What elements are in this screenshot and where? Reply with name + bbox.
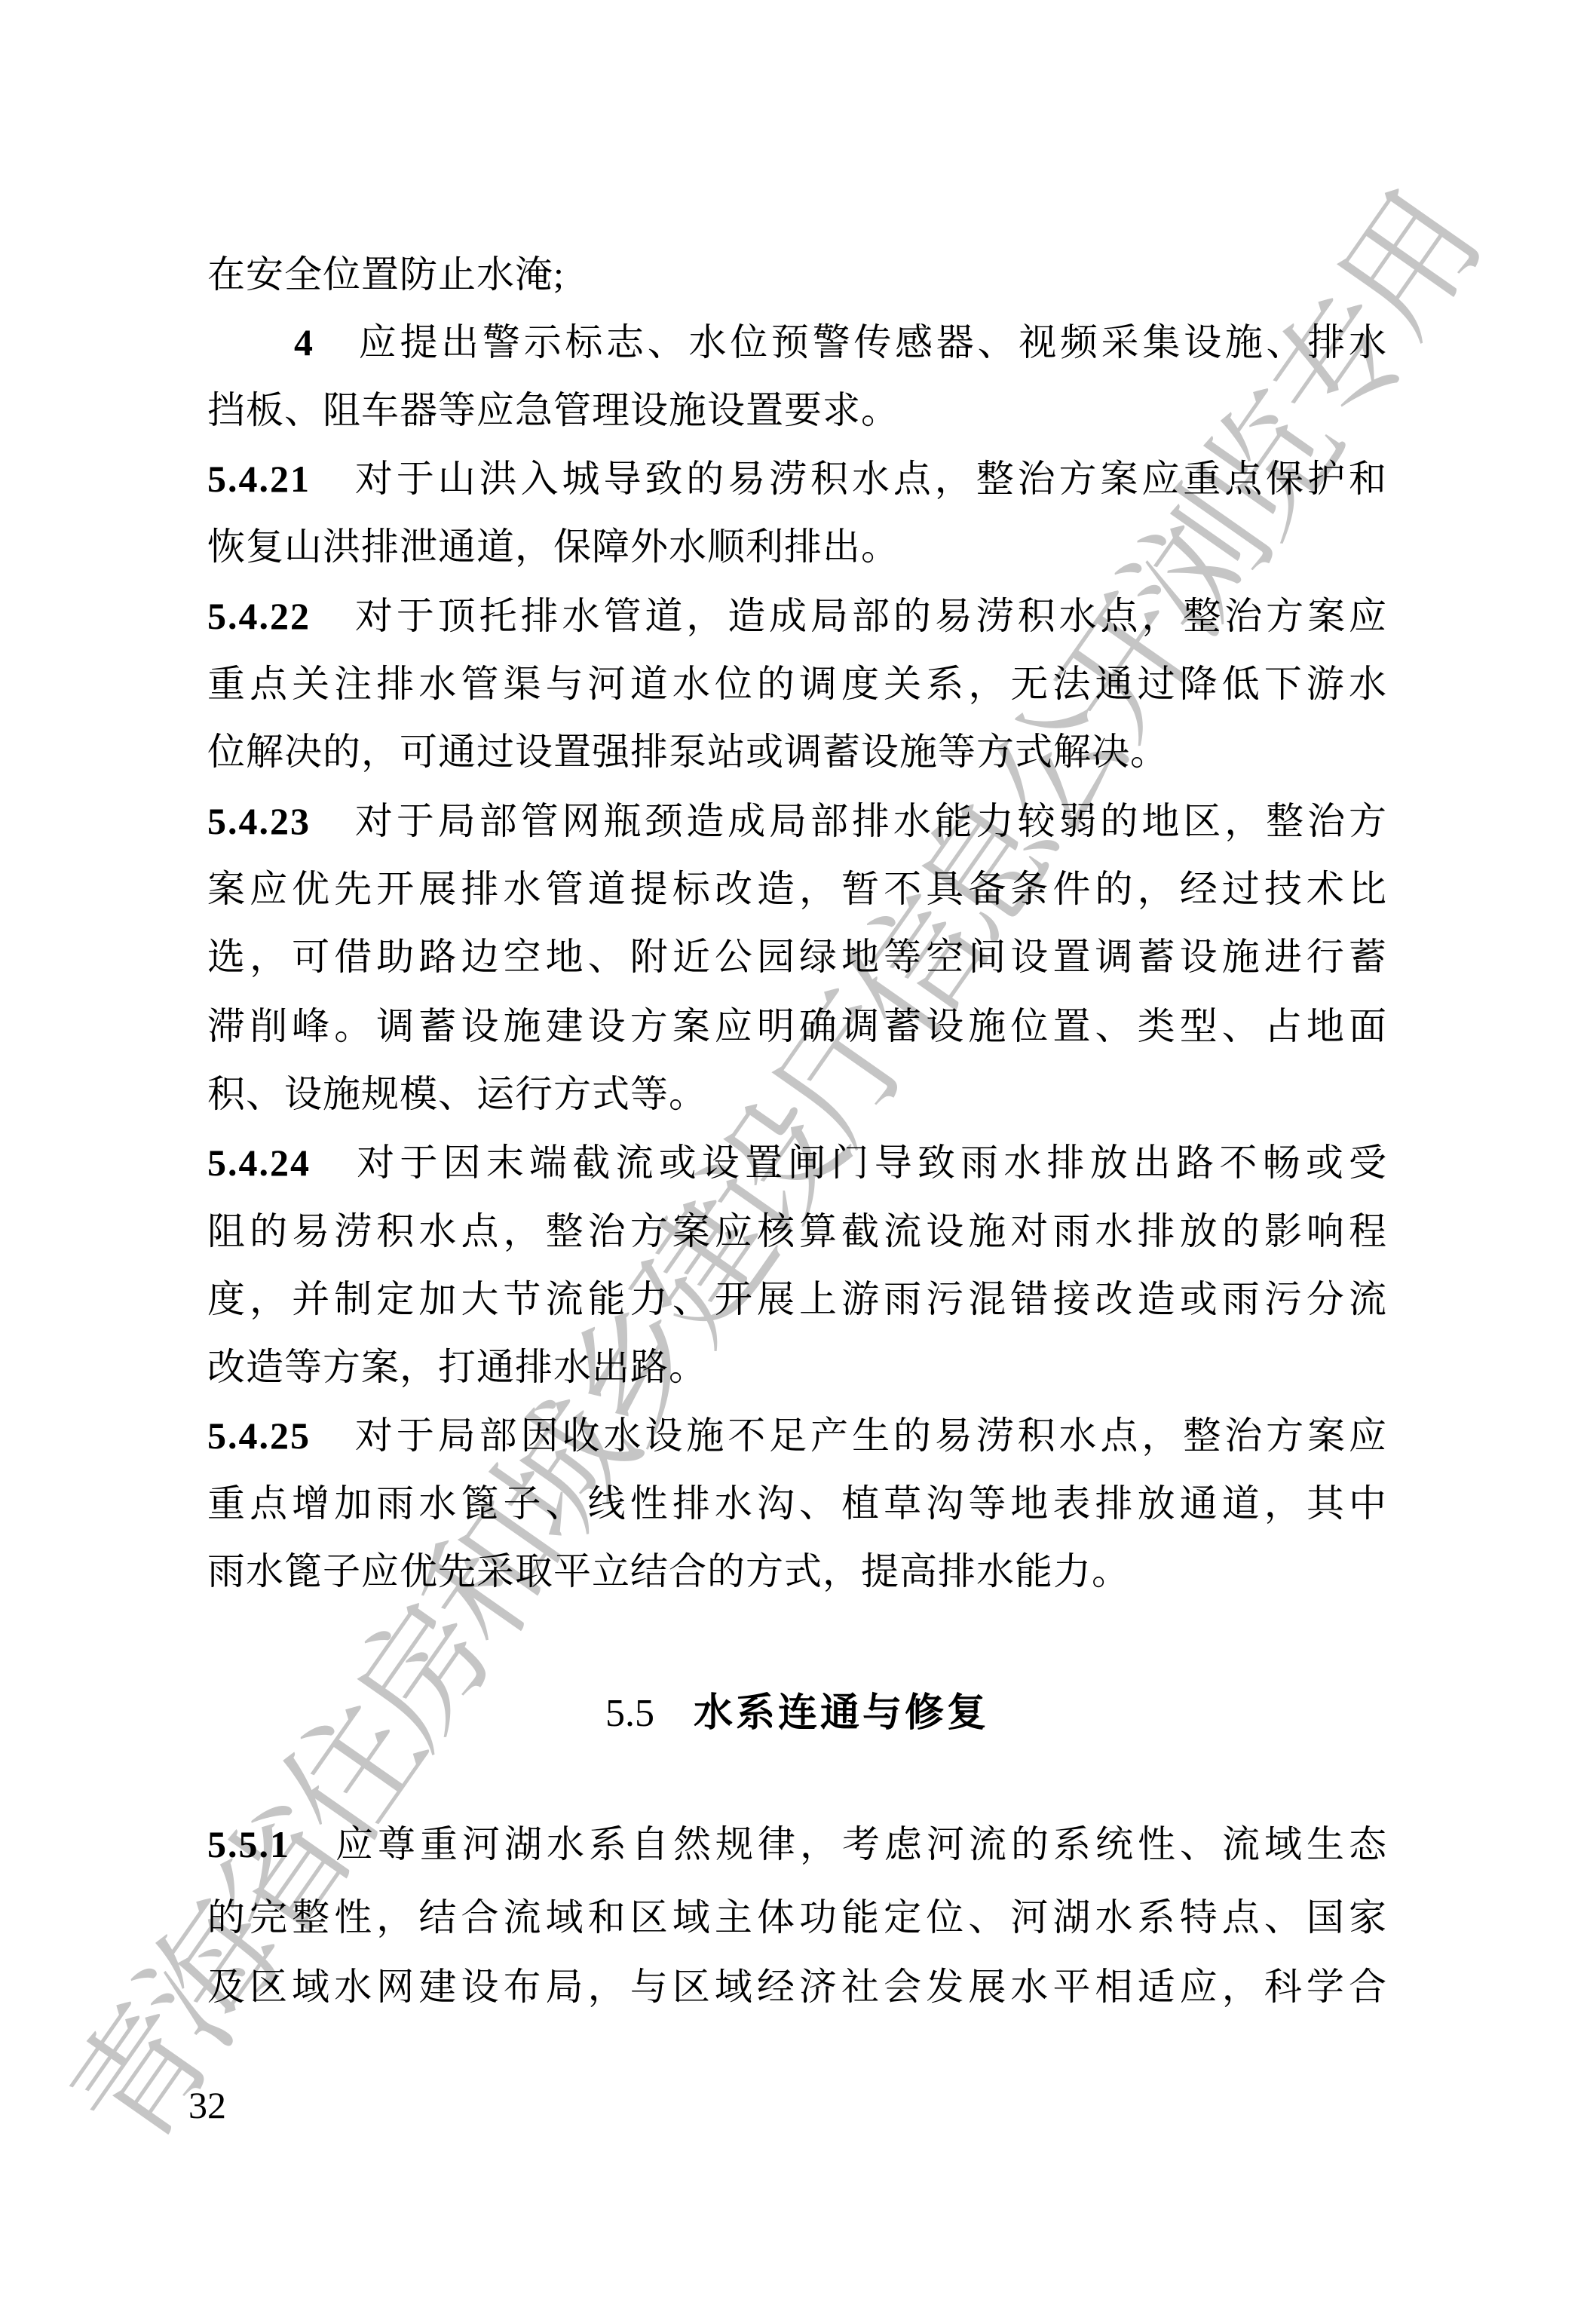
body-line: 重点增加雨水篦子、线性排水沟、植草沟等地表排放通道，其中 [207, 1480, 1387, 1527]
line-text: 应尊重河湖水系自然规律，考虑河流的系统性、流域生态 [332, 1823, 1387, 1865]
body-line: 5.4.24对于因末端截流或设置闸门导致雨水排放出路不畅或受 [207, 1139, 1387, 1186]
line-text: 改造等方案，打通排水出路。 [207, 1346, 707, 1388]
line-text: 对于局部管网瓶颈造成局部排水能力较弱的地区，整治方 [352, 800, 1387, 842]
line-text: 雨水篦子应优先采取平立结合的方式，提高排水能力。 [207, 1550, 1130, 1592]
body-line: 的完整性，结合流域和区域主体功能定位、河湖水系特点、国家 [207, 1894, 1387, 1941]
body-line: 5.4.25对于局部因收水设施不足产生的易涝积水点，整治方案应 [207, 1412, 1387, 1459]
line-text: 恢复山洪排泄通道，保障外水顺利排出。 [207, 526, 899, 568]
clause-number: 5.5.1 [207, 1823, 290, 1865]
line-text: 及区域水网建设布局，与区域经济社会发展水平相适应，科学合 [207, 1966, 1387, 2008]
body-line: 案应优先开展排水管道提标改造，暂不具备条件的，经过技术比 [207, 866, 1387, 912]
line-text: 对于局部因收水设施不足产生的易涝积水点，整治方案应 [352, 1414, 1387, 1457]
line-text: 对于因末端截流或设置闸门导致雨水排放出路不畅或受 [352, 1142, 1387, 1184]
line-text: 的完整性，结合流域和区域主体功能定位、河湖水系特点、国家 [207, 1896, 1387, 1939]
body-line: 位解决的，可通过设置强排泵站或调蓄设施等方式解决。 [207, 728, 1387, 775]
body-line: 度，并制定加大节流能力、开展上游雨污混错接改造或雨污分流 [207, 1276, 1387, 1323]
body-line: 5.4.22对于顶托排水管道，造成局部的易涝积水点，整治方案应 [207, 593, 1387, 639]
line-text: 重点关注排水管渠与河道水位的调度关系，无法通过降低下游水 [207, 663, 1387, 705]
clause-number: 5.4.22 [207, 595, 311, 637]
body-line: 选，可借助路边空地、附近公园绿地等空间设置调蓄设施进行蓄 [207, 933, 1387, 980]
body-line: 雨水篦子应优先采取平立结合的方式，提高排水能力。 [207, 1548, 1387, 1595]
body-line: 恢复山洪排泄通道，保障外水顺利排出。 [207, 523, 1387, 570]
body-line: 挡板、阻车器等应急管理设施设置要求。 [207, 387, 1387, 434]
section-title: 水系连通与修复 [694, 1691, 989, 1735]
clause-number: 4 [294, 321, 314, 363]
document-page: 青海省住房和城乡建设厅信息公开浏览专用 在安全位置防止水淹; 4应提出警示标志、… [0, 0, 1596, 2314]
line-text: 度，并制定加大节流能力、开展上游雨污混错接改造或雨污分流 [207, 1278, 1387, 1320]
line-text: 应提出警示标志、水位预警传感器、视频采集设施、排水 [356, 321, 1387, 363]
body-line: 改造等方案，打通排水出路。 [207, 1344, 1387, 1390]
body-line: 重点关注排水管渠与河道水位的调度关系，无法通过降低下游水 [207, 660, 1387, 707]
line-text: 积、设施规模、运行方式等。 [207, 1073, 707, 1115]
line-text: 在安全位置防止水淹; [207, 253, 565, 296]
body-line: 滞削峰。调蓄设施建设方案应明确调蓄设施位置、类型、占地面 [207, 1003, 1387, 1050]
line-text: 选，可借助路边空地、附近公园绿地等空间设置调蓄设施进行蓄 [207, 936, 1387, 978]
body-line: 4应提出警示标志、水位预警传感器、视频采集设施、排水 [207, 319, 1387, 366]
body-line: 及区域水网建设布局，与区域经济社会发展水平相适应，科学合 [207, 1963, 1387, 2010]
line-text: 位解决的，可通过设置强排泵站或调蓄设施等方式解决。 [207, 731, 1169, 773]
body-line: 5.5.1应尊重河湖水系自然规律，考虑河流的系统性、流域生态 [207, 1821, 1387, 1868]
clause-number: 5.4.25 [207, 1414, 311, 1457]
line-text: 对于顶托排水管道，造成局部的易涝积水点，整治方案应 [352, 595, 1387, 637]
clause-number: 5.4.21 [207, 458, 311, 500]
line-text: 案应优先开展排水管道提标改造，暂不具备条件的，经过技术比 [207, 868, 1387, 910]
section-heading: 5.5水系连通与修复 [207, 1689, 1387, 1738]
section-number: 5.5 [605, 1692, 654, 1735]
line-text: 滞削峰。调蓄设施建设方案应明确调蓄设施位置、类型、占地面 [207, 1005, 1387, 1047]
page-number: 32 [188, 2083, 226, 2127]
clause-number: 5.4.23 [207, 800, 311, 842]
body-line: 积、设施规模、运行方式等。 [207, 1071, 1387, 1117]
body-line: 5.4.21对于山洪入城导致的易涝积水点，整治方案应重点保护和 [207, 455, 1387, 502]
body-line: 在安全位置防止水淹; [207, 251, 1387, 298]
line-text: 重点增加雨水篦子、线性排水沟、植草沟等地表排放通道，其中 [207, 1482, 1387, 1525]
body-line: 5.4.23对于局部管网瓶颈造成局部排水能力较弱的地区，整治方 [207, 798, 1387, 844]
clause-number: 5.4.24 [207, 1142, 311, 1184]
body-line: 阻的易涝积水点，整治方案应核算截流设施对雨水排放的影响程 [207, 1208, 1387, 1255]
line-text: 阻的易涝积水点，整治方案应核算截流设施对雨水排放的影响程 [207, 1210, 1387, 1252]
line-text: 对于山洪入城导致的易涝积水点，整治方案应重点保护和 [352, 458, 1387, 500]
line-text: 挡板、阻车器等应急管理设施设置要求。 [207, 389, 899, 431]
